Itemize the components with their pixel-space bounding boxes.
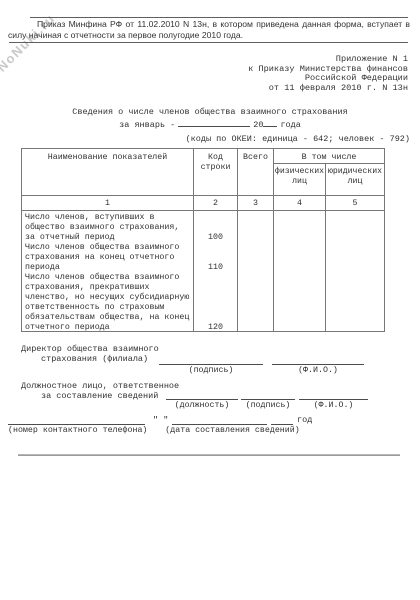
row-code [194, 213, 237, 223]
indicator-text-cell: Число членов, вступивших в общество взаи… [22, 211, 194, 331]
official-title-line: Должностное лицо, ответственное [21, 381, 179, 391]
bottom-rule [18, 454, 400, 456]
indicator-text-line: членство, но несущих субсидиарную [22, 293, 193, 303]
appendix-line: от 11 февраля 2010 г. N 13н [248, 84, 408, 94]
official-fio-field: (Ф.И.О.) [299, 388, 368, 410]
year-label: год [297, 415, 312, 425]
official-title-line: за составление сведений [21, 391, 179, 401]
row-code-cell: 100 110 120 [194, 211, 238, 331]
col-header-name: Наименование показателей [22, 149, 194, 195]
members-table: Наименование показателей Код строки Всег… [21, 148, 385, 332]
form-title: Сведения о числе членов общества взаимно… [0, 107, 420, 117]
director-fio-line [272, 353, 364, 365]
row-code [194, 223, 237, 233]
date-line [172, 413, 267, 425]
phone-line [8, 413, 145, 425]
document-page: NoNuki.ru Приказ Минфина РФ от 11.02.201… [0, 0, 420, 600]
official-position-field: (должность) [166, 388, 238, 410]
col-header-group: В том числе [274, 149, 384, 164]
director-fio-field: (Ф.И.О.) [272, 353, 364, 375]
official-fio-line [299, 388, 368, 400]
col-number: 2 [194, 196, 238, 210]
row-code [194, 253, 237, 263]
director-sign-field: (подпись) [159, 353, 263, 375]
col-number: 4 [274, 196, 326, 210]
column-numbers-row: 1 2 3 4 5 [22, 196, 384, 211]
official-position-caption: (должность) [166, 400, 238, 410]
row-code [194, 313, 237, 323]
indicator-text-line: общество взаимного страхования, [22, 223, 193, 233]
col-number: 5 [326, 196, 384, 210]
director-title-line: Директор общества взаимного [21, 344, 159, 354]
official-fio-caption: (Ф.И.О.) [299, 400, 368, 410]
notice-bottom-border [9, 42, 408, 43]
appendix-block: Приложение N 1 к Приказу Министерства фи… [248, 55, 408, 93]
col-header-group-cell: В том числе физических лиц юридических л… [274, 149, 384, 195]
period-prefix: за январь - [119, 120, 175, 130]
day-quotes: " " [153, 415, 168, 425]
col-header-legal: юридических лиц [326, 164, 384, 195]
director-title-line: страхования (филиала) [21, 354, 159, 364]
period-blank [178, 117, 250, 127]
indicator-text-line: за отчетный период [22, 233, 193, 243]
year-line [271, 413, 293, 425]
indicator-text-line: Число членов общества взаимного [22, 273, 193, 283]
official-title: Должностное лицо, ответственное за соста… [21, 381, 179, 401]
year-suffix: года [280, 120, 300, 130]
row-code: 100 [194, 233, 237, 243]
indicator-text-line: ответственность по страховым [22, 303, 193, 313]
row-code [194, 303, 237, 313]
row-code [194, 293, 237, 303]
row-code [194, 283, 237, 293]
official-sign-caption: (подпись) [241, 400, 295, 410]
indicator-text-line: Число членов, вступивших в [22, 213, 193, 223]
notice-text: Приказ Минфина РФ от 11.02.2010 N 13н, в… [8, 19, 410, 41]
okei-note: (коды по ОКЕИ: единица - 642; человек - … [0, 134, 410, 144]
row-code: 120 [194, 323, 237, 333]
row-code: 110 [194, 263, 237, 273]
phone-field: (номер контактного телефона) [8, 413, 145, 435]
phone-caption: (номер контактного телефона) [8, 425, 145, 435]
official-sign-line [241, 388, 295, 400]
year-prefix: 20 [253, 120, 263, 130]
col-number: 3 [238, 196, 274, 210]
form-period-line: за январь -20года [0, 117, 420, 130]
col-header-total: Всего [238, 149, 274, 195]
row-code [194, 273, 237, 283]
date-caption: (дата составления сведений) [160, 425, 305, 435]
individuals-cell-empty [274, 211, 326, 331]
indicator-text-line: страхования, прекративших [22, 283, 193, 293]
official-position-line [166, 388, 238, 400]
row-code [194, 243, 237, 253]
director-sign-line [159, 353, 263, 365]
table-body-row: Число членов, вступивших в общество взаи… [22, 211, 384, 331]
indicator-text-line: отчетного периода [22, 323, 193, 333]
col-header-individuals: физических лиц [274, 164, 326, 195]
col-number: 1 [22, 196, 194, 210]
official-sign-field: (подпись) [241, 388, 295, 410]
indicator-text-line: Число членов общества взаимного [22, 243, 193, 253]
year-blank [263, 117, 277, 127]
director-sign-caption: (подпись) [159, 365, 263, 375]
total-cell-empty [238, 211, 274, 331]
legal-cell-empty [326, 211, 384, 331]
director-fio-caption: (Ф.И.О.) [272, 365, 364, 375]
director-title: Директор общества взаимного страхования … [21, 344, 159, 364]
col-header-code: Код строки [194, 149, 238, 195]
notice-top-border [30, 17, 408, 18]
indicator-text-line: обязательствам общества, на конец [22, 313, 193, 323]
indicator-text-line: периода [22, 263, 193, 273]
table-header-row: Наименование показателей Код строки Всег… [22, 149, 384, 196]
indicator-text-line: страхования на конец отчетного [22, 253, 193, 263]
